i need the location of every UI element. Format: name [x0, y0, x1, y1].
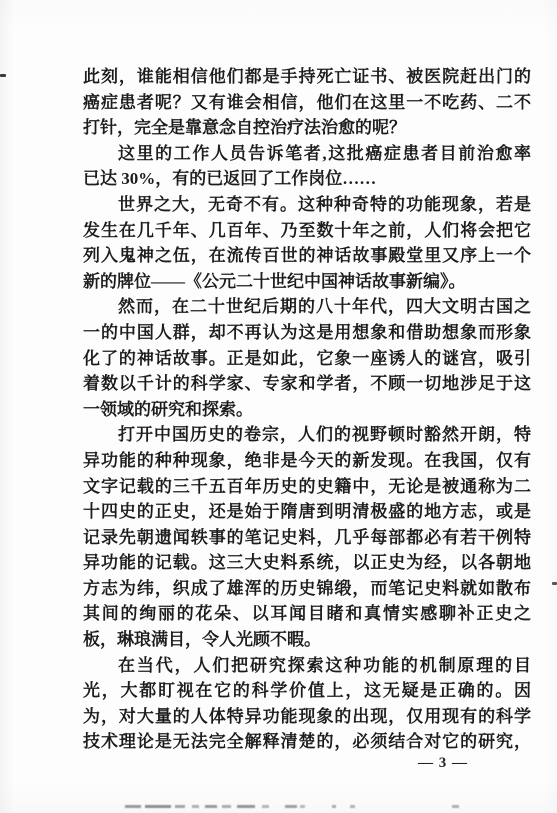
text-line: 在当代，人们把研究探索这种功能的机制原理的目 [83, 653, 531, 679]
scanned-book-page: { "document": { "page_number_label": "— … [0, 0, 557, 813]
text-line: 列入鬼神之伍，在流传百世的神话故事殿堂里又序上一个 [83, 243, 531, 269]
text-line: 其间的绚丽的花朵、以耳闻目睹和真情实感聊补正史之 [83, 601, 531, 627]
scan-smudge [175, 805, 185, 808]
text-line: 打针，完全是靠意念自控治疗法治愈的呢？ [83, 115, 531, 141]
scan-smudge [205, 805, 217, 808]
scan-smudge [350, 805, 355, 808]
scan-smudge [332, 805, 336, 808]
text-line: 一领域的研究和探索。 [83, 397, 531, 423]
text-line: 已达 30%，有的已返回了工作岗位…… [83, 166, 531, 192]
text-line: 这里的工作人员告诉笔者,这批癌症患者目前治愈率 [83, 141, 531, 167]
text-line: 技术理论是无法完全解释清楚的，必须结合对它的研究， [83, 729, 531, 755]
scan-smudge [237, 805, 255, 808]
right-edge-scan-mark [552, 582, 557, 585]
text-line: 发生在几千年、几百年、乃至数十年之前，人们将会把它 [83, 218, 531, 244]
text-line: 文字记载的三千五百年历史的史籍中，无论是被通称为二 [83, 474, 531, 500]
text-line: 此刻，谁能相信他们都是手持死亡证书、被医院赶出门的 [83, 64, 531, 90]
scan-smudge [145, 805, 171, 808]
scan-smudge [125, 805, 141, 808]
text-line: 打开中国历史的卷宗，人们的视野顿时豁然开朗，特 [83, 422, 531, 448]
text-line: 十四史的正史，还是始于隋唐到明清极盛的地方志，或是 [83, 499, 531, 525]
text-line: 异功能的记载。这三大史料系统，以正史为经，以各朝地 [83, 550, 531, 576]
text-line: 然而，在二十世纪后期的八十年代，四大文明古国之 [83, 294, 531, 320]
scan-smudge [192, 805, 199, 808]
text-line: 板，琳琅满目，令人光顾不暇。 [83, 627, 531, 653]
scan-smudge [285, 805, 297, 808]
text-line: 光，大都盯视在它的科学价值上，这无疑是正确的。因 [83, 678, 531, 704]
page-text-block: 此刻，谁能相信他们都是手持死亡证书、被医院赶出门的癌症患者呢？又有谁会相信，他们… [83, 64, 531, 755]
text-line: 化了的神话故事。正是如此，它象一座诱人的谜宫，吸引 [83, 346, 531, 372]
scan-smudge [262, 805, 269, 808]
scan-smudge [300, 805, 305, 808]
text-line: 为，对大量的人体特异功能现象的出现，仅用现有的科学 [83, 704, 531, 730]
text-line: 癌症患者呢？又有谁会相信，他们在这里一不吃药、二不 [83, 90, 531, 116]
text-line: 新的牌位——《公元二十世纪中国神话故事新编》。 [83, 269, 531, 295]
scan-smudge [222, 805, 231, 808]
scan-smudge [452, 805, 459, 808]
text-line: 方志为纬，织成了雄浑的历史锦缎，而笔记史料就如散布 [83, 576, 531, 602]
left-edge-scan-mark [0, 74, 6, 77]
text-line: 着数以千计的科学家、专家和学者，不顾一切地涉足于这 [83, 371, 531, 397]
text-line: 世界之大，无奇不有。这种种奇特的功能现象，若是 [83, 192, 531, 218]
text-line: 记录先朝遗闻轶事的笔记史料，几乎每部都必有若干例特 [83, 525, 531, 551]
page-number: — 3 — [418, 755, 482, 772]
text-line: 异功能的种种现象，绝非是今天的新发现。在我国，仅有 [83, 448, 531, 474]
text-line: 一的中国人群，却不再认为这是用想象和借助想象而形象 [83, 320, 531, 346]
